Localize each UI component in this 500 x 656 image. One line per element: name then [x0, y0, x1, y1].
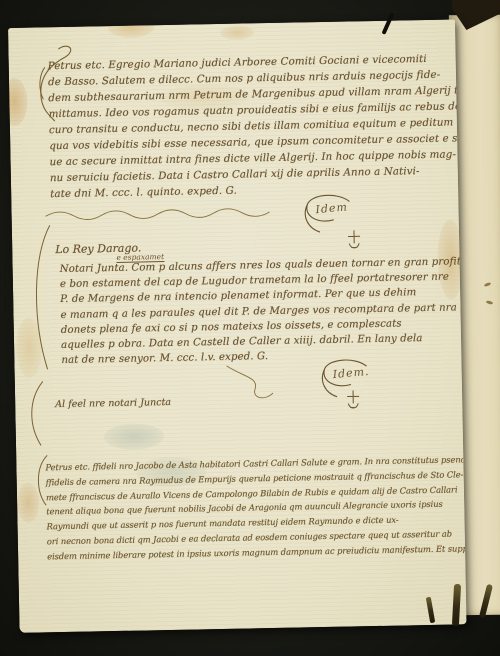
notarial-mark-icon [345, 389, 361, 411]
notarial-mark-icon [346, 229, 362, 251]
manuscript-photo: Petrus etc. Egregio Mariano judici Arbor… [0, 0, 500, 656]
letter-entry-3: Petrus etc. ffideli nro Jacobo de Asta h… [45, 451, 466, 563]
letter-entry-2: Notari Junta. Com p alcuns affers nres l… [60, 254, 463, 368]
chancery-signature: Idem [297, 193, 362, 234]
divider-flourish [45, 205, 275, 221]
address-note: Al feel nre notari Juncta [55, 397, 171, 410]
paper-stain [8, 78, 28, 126]
paper-stain [108, 19, 154, 38]
letter-entry-1: Petrus etc. Egregio Mariano judici Arbor… [48, 50, 467, 202]
manuscript-page: Petrus etc. Egregio Mariano judici Arbor… [8, 19, 467, 632]
pen-tail-flourish [224, 363, 275, 404]
margin-flourish [27, 381, 50, 447]
ink-smudge [104, 423, 164, 450]
paper-stain [220, 25, 254, 40]
